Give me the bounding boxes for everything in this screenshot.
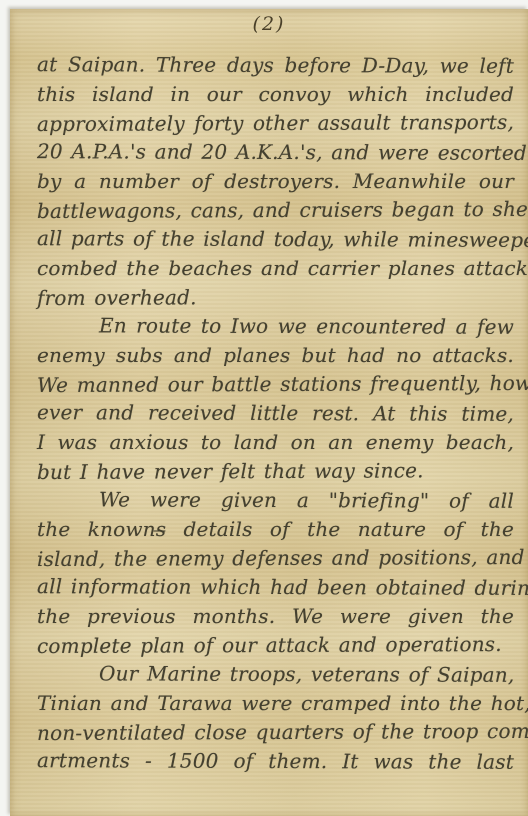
letter-line: enemy subs and planes but had no attacks… [37, 341, 514, 370]
letter-line: the knowns̶ details of the nature of the [37, 515, 514, 544]
letter-line: We manned our battle stations frequently… [37, 369, 514, 400]
letter-line: combed the beaches and carrier planes at… [37, 254, 514, 283]
letter-line: We were given a "briefing" of all [37, 485, 514, 516]
letter-line: Our Marine troops, veterans of Saipan, [37, 659, 514, 690]
letter-line: non-ventilated close quarters of the tro… [37, 717, 514, 748]
letter-line: by a number of destroyers. Meanwhile our [37, 167, 514, 196]
letter-line: all parts of the island today, while min… [37, 224, 514, 255]
page-number: (2) [10, 13, 528, 35]
scanned-letter: (2) at Saipan. Three days before D-Day, … [0, 0, 528, 816]
letter-line: island, the enemy defenses and positions… [37, 543, 514, 574]
letter-line: artments - 1500 of them. It was the last [37, 746, 514, 777]
letter-line: approximately forty other assault transp… [37, 108, 514, 139]
letter-line: En route to Iwo we encountered a few [37, 311, 514, 342]
letter-line: from overhead. [37, 282, 514, 313]
letter-line: 20 A.P.A.'s and 20 A.K.A.'s, and were es… [37, 137, 514, 168]
letter-line: battlewagons, cans, and cruisers began t… [37, 195, 514, 226]
letter-line: all information which had been obtained … [37, 572, 514, 603]
letter-body: at Saipan. Three days before D-Day, we l… [37, 51, 514, 776]
letter-line: complete plan of our attack and operatio… [37, 630, 514, 661]
letter-line: I was anxious to land on an enemy beach, [37, 428, 514, 457]
letter-line: this island in our convoy which included [37, 80, 514, 109]
letter-line: Tinian and Tarawa were cramped into the … [37, 689, 514, 718]
letter-paper: (2) at Saipan. Three days before D-Day, … [10, 9, 528, 816]
letter-line: ever and received little rest. At this t… [37, 398, 514, 429]
letter-line: the previous months. We were given the [37, 602, 514, 631]
letter-line: at Saipan. Three days before D-Day, we l… [37, 50, 514, 81]
letter-line: but I have never felt that way since. [37, 456, 514, 487]
